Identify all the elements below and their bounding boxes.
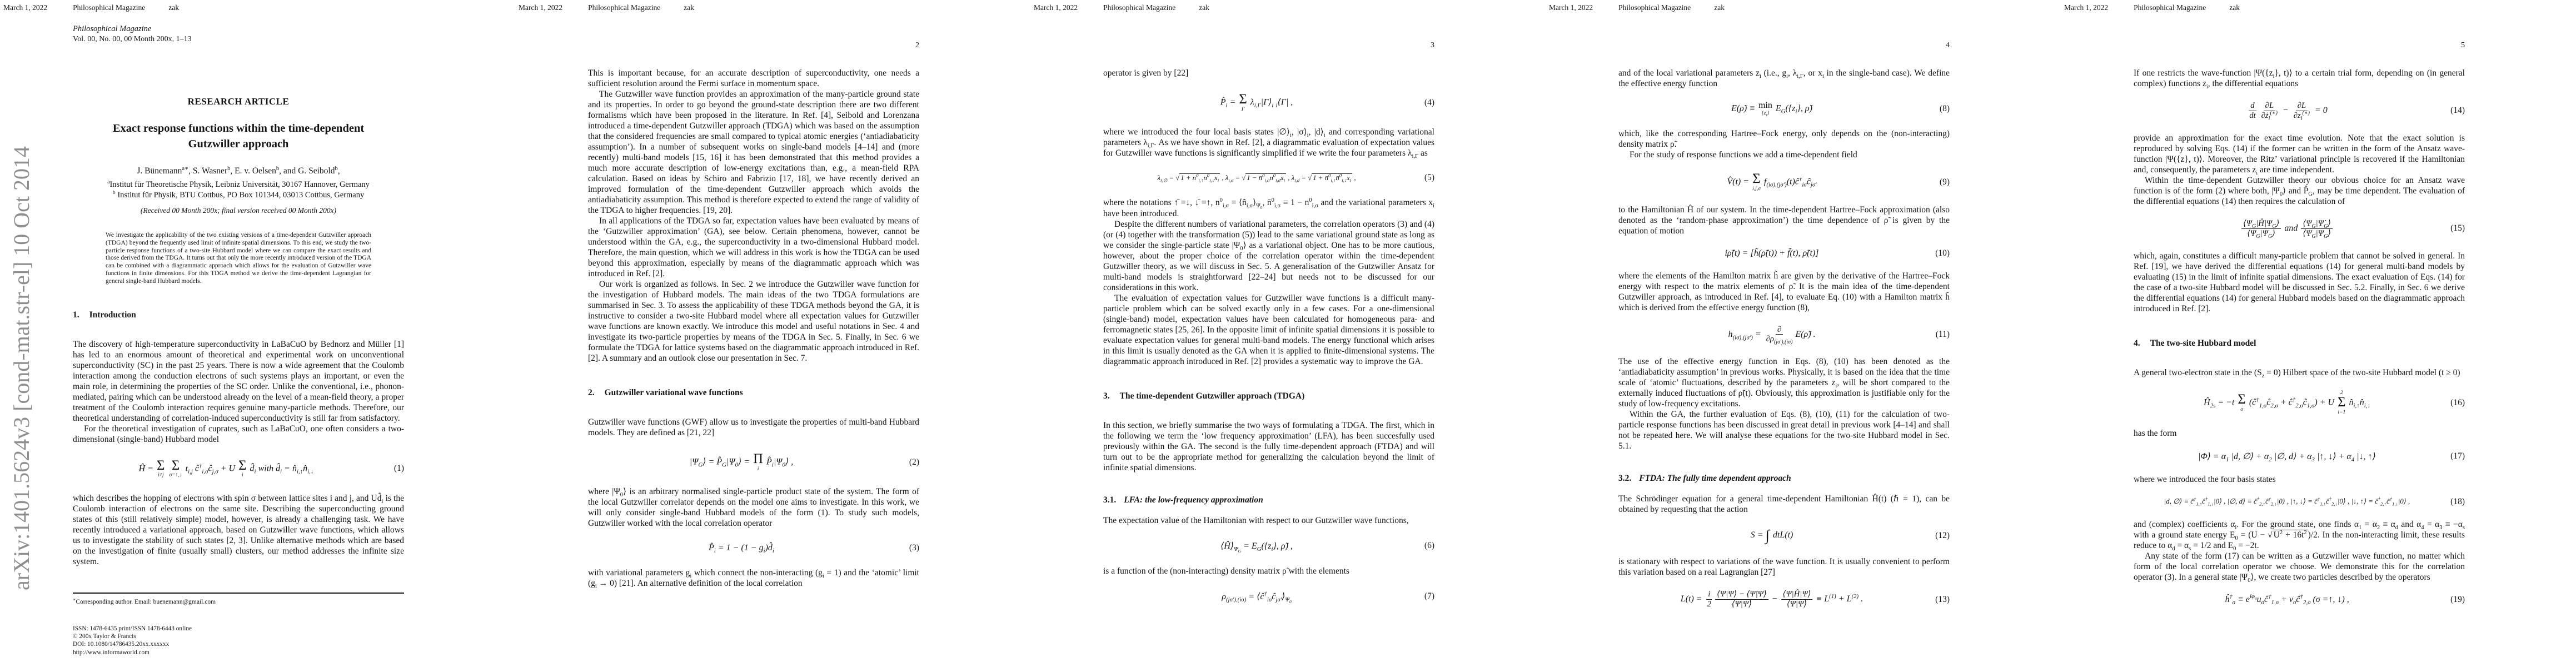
equation-14-number: (14) (2440, 106, 2465, 116)
journal-volume-line: Vol. 00, No. 00, 00 Month 200x, 1–13 (73, 35, 404, 44)
equation-2-number: (2) (895, 457, 919, 467)
section-heading-gwf: 2.Gutzwiller variational wave functions (588, 388, 919, 398)
affiliation-a: aInstitut für Theoretische Physik, Leibn… (73, 180, 404, 190)
paragraph: The expectation value of the Hamiltonian… (1103, 515, 1434, 526)
subsection-heading-ftda: 3.2.FTDA: The fully time dependent appro… (1618, 474, 1950, 484)
page-4: March 1, 2022Philosophical Magazinezak 4… (1546, 0, 2061, 667)
paragraph: has the form (2134, 428, 2465, 439)
paragraph: If one restricts the wave-function |Ψ({z… (2134, 68, 2465, 89)
equation-16-body: Ĥ2s = −t Σσ (ĉ†1,σĉ2,σ + ĉ†2,σĉ1,σ) + U … (2134, 390, 2440, 416)
equation-12-number: (12) (1925, 531, 1950, 541)
equation-4: P̂i = ΣΓ λi,Γ|Γ⟩i i⟨Γ| , (4) (1103, 93, 1434, 112)
paragraph: In this section, we briefly summarise th… (1103, 420, 1434, 473)
section-title: The two-site Hubbard model (2150, 339, 2256, 348)
paragraph: In all applications of the TDGA so far, … (588, 216, 919, 279)
subsection-title: FTDA: The fully time dependent approach (1639, 474, 1791, 483)
equation-13-number: (13) (1925, 595, 1950, 605)
equation-12-body: S = ∫ dtL(t) (1618, 527, 1925, 544)
paragraph: where the elements of the Hamilton matri… (1618, 271, 1950, 313)
equation-19-number: (19) (2440, 595, 2465, 605)
journal-block: Philosophical Magazine Vol. 00, No. 00, … (73, 24, 404, 44)
doi-line: DOI: 10.1080/14786435.20xx.xxxxxx (73, 640, 404, 648)
equation-13: L(t) = i2⟨Ψ|Ψ̇⟩ − ⟨Ψ̇|Ψ⟩⟨Ψ|Ψ⟩ − ⟨Ψ|Ĥ|Ψ⟩⟨… (1618, 590, 1950, 609)
equation-11-number: (11) (1925, 330, 1950, 340)
header-date: March 1, 2022 (2064, 3, 2108, 12)
equation-14-body: ddt∂L∂żi(∗) − ∂L∂zi(∗) = 0 (2134, 101, 2440, 121)
paragraph: For the theoretical investigation of cup… (73, 424, 404, 445)
section-title: The time-dependent Gutzwiller approach (… (1120, 391, 1305, 401)
paragraph: Our work is organized as follows. In Sec… (588, 279, 919, 364)
subsection-heading-lfa: 3.1.LFA: the low-frequency approximation (1103, 495, 1434, 505)
affiliations: aInstitut für Theoretische Physik, Leibn… (73, 180, 404, 201)
url-line: http://www.informaworld.com (73, 649, 404, 656)
equation-11-body: h(iσ),(jσ′) = ∂∂ρ(jσ′),(iσ)E(ρ̃) . (1618, 325, 1925, 345)
equation-5-number: (5) (1410, 173, 1434, 183)
equation-16: Ĥ2s = −t Σσ (ĉ†1,σĉ2,σ + ĉ†2,σĉ1,σ) + U … (2134, 390, 2465, 416)
footnote-rule (73, 593, 404, 594)
equation-3-number: (3) (895, 543, 919, 553)
equation-3: P̂i = 1 − (1 − gi)d̂i (3) (588, 543, 919, 553)
paragraph: provide an approximation for the exact t… (2134, 133, 2465, 175)
subsection-title: LFA: the low-frequency approximation (1124, 495, 1263, 505)
equation-6-number: (6) (1410, 541, 1434, 551)
equation-7-body: ρ(jσ′),(iσ) = ⟨ĉ†iσĉjσ′⟩Ψ0 (1103, 591, 1410, 602)
issn-line: ISSN: 1478-6435 print/ISSN 1478-6443 onl… (73, 625, 404, 633)
paragraph: which describes the hopping of electrons… (73, 493, 404, 567)
page-1: March 1, 2022Philosophical Magazinezak a… (0, 0, 515, 667)
paragraph: to the Hamiltonian Ĥ of our system. In t… (1618, 205, 1950, 236)
copyright-line: © 200x Taylor & Francis (73, 633, 404, 640)
equation-18: |d, ∅⟩ ≡ ĉ†1,↑ĉ†1,↓|0⟩ , |∅, d⟩ ≡ ĉ†2,↑ĉ… (2134, 497, 2465, 507)
paragraph: with variational parameters gi which con… (588, 568, 919, 589)
paragraph: is a function of the (non-interacting) d… (1103, 566, 1434, 576)
equation-17-body: |Φ⟩ = α1 |d, ∅⟩ + α2 |∅, d⟩ + α3 |↑, ↓⟩ … (2134, 451, 2440, 462)
equation-1-number: (1) (380, 464, 404, 474)
equation-1-body: Ĥ = Σi≠j Σσ=↑,↓ ti,j ĉ†i,σĉj,σ + U Σi d̂… (73, 459, 380, 479)
paragraph: where we introduced the four local basis… (1103, 127, 1434, 158)
paragraph: The use of the effective energy function… (1618, 356, 1950, 409)
equation-17-number: (17) (2440, 451, 2465, 461)
header-date: March 1, 2022 (1034, 3, 1078, 12)
equation-4-number: (4) (1410, 98, 1434, 108)
equation-11: h(iσ),(jσ′) = ∂∂ρ(jσ′),(iσ)E(ρ̃) . (11) (1618, 325, 1950, 345)
equation-3-body: P̂i = 1 − (1 − gi)d̂i (588, 543, 895, 553)
five-page-spread: March 1, 2022Philosophical Magazinezak a… (0, 0, 2576, 667)
equation-18-number: (18) (2440, 497, 2465, 507)
equation-6: ⟨Ĥ⟩ΨG = EG({zi}, ρ̃) , (6) (1103, 540, 1434, 551)
equation-2: |ΨG⟩ = P̂G|Ψ0⟩ = Πi P̂i|Ψ0⟩ , (2) (588, 452, 919, 472)
equation-9-number: (9) (1925, 177, 1950, 187)
equation-8-body: E(ρ̃) ≡ min{zi} EG({zi}, ρ̃) (1618, 101, 1925, 116)
page-3: March 1, 2022Philosophical Magazinezak 3… (1030, 0, 1546, 667)
equation-10: iρ̃̇(t) = [h̃(ρ̃(t)) + f̃(t), ρ̃(t)] (10… (1618, 248, 1950, 258)
equation-15: ⟨ΨG|Ĥ|ΨG⟩⟨ΨG|ΨG⟩ and ⟨ΨG|Ψ̇G⟩⟨ΨG|ΨG⟩ (15… (2134, 219, 2465, 238)
paragraph: Within the time-dependent Gutzwiller the… (2134, 175, 2465, 207)
section-number: 3. (1103, 391, 1110, 401)
corresponding-author-footnote: ∗Corresponding author. Email: buenemann@… (73, 599, 404, 605)
equation-8-number: (8) (1925, 104, 1950, 114)
subsection-number: 3.2. (1618, 474, 1631, 483)
section-heading-tdga: 3.The time-dependent Gutzwiller approach… (1103, 391, 1434, 401)
footnote-block: ∗Corresponding author. Email: buenemann@… (73, 593, 404, 605)
equation-7-number: (7) (1410, 591, 1434, 601)
page-2: March 1, 2022Philosophical Magazinezak 2… (515, 0, 1030, 667)
equation-18-body: |d, ∅⟩ ≡ ĉ†1,↑ĉ†1,↓|0⟩ , |∅, d⟩ ≡ ĉ†2,↑ĉ… (2134, 497, 2440, 506)
equation-2-body: |ΨG⟩ = P̂G|Ψ0⟩ = Πi P̂i|Ψ0⟩ , (588, 452, 895, 472)
equation-8: E(ρ̃) ≡ min{zi} EG({zi}, ρ̃) (8) (1618, 101, 1950, 116)
equation-12: S = ∫ dtL(t) (12) (1618, 527, 1950, 544)
paragraph: and of the local variational parameters … (1618, 68, 1950, 89)
section-number: 1. (73, 310, 79, 320)
paragraph: Within the GA, the further evaluation of… (1618, 409, 1950, 451)
page-number: 4 (1618, 41, 1950, 50)
equation-19-body: ĥ†σ ≡ eiφσuσĉ†1,σ + vσĉ†2,σ (σ =↑, ↓) , (2134, 595, 2440, 605)
section-title: Gutzwiller variational wave functions (605, 388, 743, 397)
equation-5-body: λi,∅ = √1 + n0i,↑n0i,↓xi , λi,σ = √1 − n… (1103, 174, 1410, 182)
paragraph: The discovery of high-temperature superc… (73, 339, 404, 424)
issn-block: ISSN: 1478-6435 print/ISSN 1478-6443 onl… (73, 625, 404, 656)
paragraph: where |Ψ0⟩ is an arbitrary normalised si… (588, 486, 919, 529)
paragraph: For the study of response functions we a… (1618, 150, 1950, 160)
equation-13-body: L(t) = i2⟨Ψ|Ψ̇⟩ − ⟨Ψ̇|Ψ⟩⟨Ψ|Ψ⟩ − ⟨Ψ|Ĥ|Ψ⟩⟨… (1618, 590, 1925, 609)
paragraph: where we introduced the four basis state… (2134, 474, 2465, 485)
equation-4-body: P̂i = ΣΓ λi,Γ|Γ⟩i i⟨Γ| , (1103, 93, 1410, 112)
header-date: March 1, 2022 (1549, 3, 1593, 12)
arxiv-watermark: arXiv:1401.5624v3 [cond-mat.str-el] 10 O… (9, 146, 34, 590)
affiliation-b: b Institut für Physik, BTU Cottbus, PO B… (73, 190, 404, 201)
paragraph: A general two-electron state in the (Sz … (2134, 367, 2465, 378)
paper-title: Exact response functions within the time… (88, 121, 388, 152)
equation-9-body: V̂(t) = Σi,j,σ f(iσ),(jσ′)(t)ĉ†iσĉjσ′ (1618, 172, 1925, 192)
equation-15-number: (15) (2440, 223, 2465, 233)
subsection-number: 3.1. (1103, 495, 1116, 505)
equation-19: ĥ†σ ≡ eiφσuσĉ†1,σ + vσĉ†2,σ (σ =↑, ↓) , … (2134, 595, 2465, 605)
paragraph: The Gutzwiller wave function provides an… (588, 89, 919, 216)
page-number: 3 (1103, 41, 1434, 50)
section-title: Introduction (89, 310, 136, 320)
equation-16-number: (16) (2440, 398, 2465, 408)
equation-15-body: ⟨ΨG|Ĥ|ΨG⟩⟨ΨG|ΨG⟩ and ⟨ΨG|Ψ̇G⟩⟨ΨG|ΨG⟩ (2134, 219, 2440, 238)
paragraph: The evaluation of expectation values for… (1103, 293, 1434, 367)
header-date: March 1, 2022 (519, 3, 562, 12)
page-number: 2 (588, 41, 919, 50)
paragraph: which, like the corresponding Hartree–Fo… (1618, 128, 1950, 150)
paragraph: Any state of the form (17) can be writte… (2134, 551, 2465, 583)
received-line: (Received 00 Month 200x; final version r… (73, 206, 404, 215)
paragraph: operator is given by [22] (1103, 68, 1434, 78)
equation-10-body: iρ̃̇(t) = [h̃(ρ̃(t)) + f̃(t), ρ̃(t)] (1618, 248, 1925, 258)
equation-17: |Φ⟩ = α1 |d, ∅⟩ + α2 |∅, d⟩ + α3 |↑, ↓⟩ … (2134, 451, 2465, 462)
section-heading-two-site: 4.The two-site Hubbard model (2134, 339, 2465, 349)
section-number: 2. (588, 388, 595, 397)
authors-line: J. Bünemanna∗, S. Wasnerb, E. v. Oelsenb… (73, 166, 404, 176)
page-5: March 1, 2022Philosophical Magazinezak 5… (2061, 0, 2576, 667)
section-number: 4. (2134, 339, 2140, 348)
equation-1: Ĥ = Σi≠j Σσ=↑,↓ ti,j ĉ†i,σĉj,σ + U Σi d̂… (73, 459, 404, 479)
paragraph: Despite the different numbers of variati… (1103, 219, 1434, 293)
paragraph: The Schrödinger equation for a general t… (1618, 494, 1950, 515)
equation-9: V̂(t) = Σi,j,σ f(iσ),(jσ′)(t)ĉ†iσĉjσ′ (9… (1618, 172, 1950, 192)
paragraph: and (complex) coefficients αi. For the g… (2134, 519, 2465, 551)
abstract: We investigate the applicability of the … (106, 232, 371, 286)
section-heading-introduction: 1.Introduction (73, 310, 404, 320)
paragraph: is stationary with respect to variations… (1618, 556, 1950, 578)
page-number: 5 (2134, 41, 2465, 50)
equation-7: ρ(jσ′),(iσ) = ⟨ĉ†iσĉjσ′⟩Ψ0 (7) (1103, 591, 1434, 602)
paragraph: where the notations ↑̄ =↓, ↓̄ =↑, n0i,σ … (1103, 197, 1434, 218)
equation-5: λi,∅ = √1 + n0i,↑n0i,↓xi , λi,σ = √1 − n… (1103, 173, 1434, 183)
equation-6-body: ⟨Ĥ⟩ΨG = EG({zi}, ρ̃) , (1103, 540, 1410, 551)
header-date: March 1, 2022 (3, 3, 47, 12)
article-type: RESEARCH ARTICLE (73, 96, 404, 107)
paragraph: which, again, constitutes a difficult ma… (2134, 251, 2465, 314)
journal-name: Philosophical Magazine (73, 24, 404, 34)
paragraph: Gutzwiller wave functions (GWF) allow us… (588, 417, 919, 438)
equation-10-number: (10) (1925, 248, 1950, 258)
paragraph: This is important because, for an accura… (588, 68, 919, 89)
equation-14: ddt∂L∂żi(∗) − ∂L∂zi(∗) = 0 (14) (2134, 101, 2465, 121)
